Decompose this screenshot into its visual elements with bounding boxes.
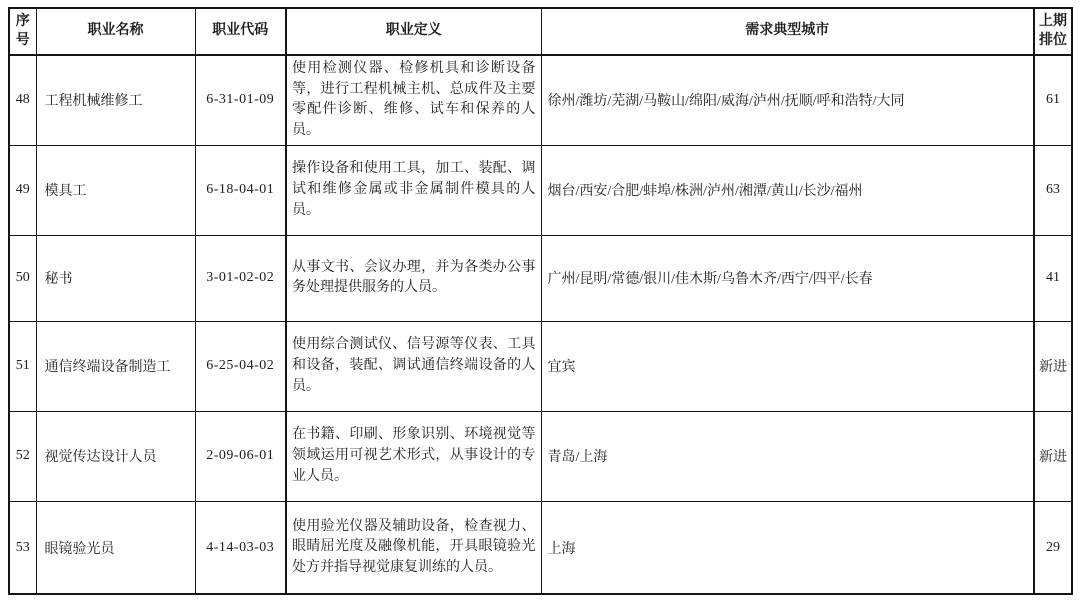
previous-rank-cell: 41 — [1034, 235, 1072, 321]
occupation-name-cell: 通信终端设备制造工 — [36, 321, 195, 411]
occupation-name-cell: 眼镜验光员 — [36, 501, 195, 594]
header-occupation-name: 职业名称 — [36, 8, 195, 55]
header-occupation-definition: 职业定义 — [286, 8, 541, 55]
serial-number-cell: 52 — [9, 411, 36, 501]
occupation-name-cell: 工程机械维修工 — [36, 55, 195, 145]
serial-number-cell: 48 — [9, 55, 36, 145]
occupation-definition-cell: 在书籍、印刷、形象识别、环境视觉等领域运用可视艺术形式，从事设计的专业人员。 — [286, 411, 541, 501]
typical-cities-cell: 上海 — [541, 501, 1034, 594]
occupation-code-cell: 3-01-02-02 — [195, 235, 286, 321]
occupation-definition-cell: 使用综合测试仪、信号源等仪表、工具和设备，装配、调试通信终端设备的人员。 — [286, 321, 541, 411]
table-row: 49 模具工 6-18-04-01 操作设备和使用工具，加工、装配、调试和维修金… — [9, 145, 1072, 235]
typical-cities-cell: 徐州/潍坊/芜湖/马鞍山/绵阳/威海/泸州/抚顺/呼和浩特/大同 — [541, 55, 1034, 145]
serial-number-cell: 53 — [9, 501, 36, 594]
table-row: 52 视觉传达设计人员 2-09-06-01 在书籍、印刷、形象识别、环境视觉等… — [9, 411, 1072, 501]
serial-number-cell: 49 — [9, 145, 36, 235]
occupation-name-cell: 视觉传达设计人员 — [36, 411, 195, 501]
occupation-name-cell: 模具工 — [36, 145, 195, 235]
previous-rank-cell: 63 — [1034, 145, 1072, 235]
previous-rank-cell: 29 — [1034, 501, 1072, 594]
header-previous-rank: 上期排位 — [1034, 8, 1072, 55]
typical-cities-cell: 宜宾 — [541, 321, 1034, 411]
typical-cities-cell: 广州/昆明/常德/银川/佳木斯/乌鲁木齐/西宁/四平/长春 — [541, 235, 1034, 321]
occupation-code-cell: 6-25-04-02 — [195, 321, 286, 411]
table-row: 48 工程机械维修工 6-31-01-09 使用检测仪器、检修机具和诊断设备等，… — [9, 55, 1072, 145]
occupation-code-cell: 6-18-04-01 — [195, 145, 286, 235]
occupation-ranking-table: 序号 职业名称 职业代码 职业定义 需求典型城市 上期排位 48 工程机械维修工… — [8, 7, 1073, 595]
occupation-definition-cell: 使用检测仪器、检修机具和诊断设备等，进行工程机械主机、总成件及主要零配件诊断、维… — [286, 55, 541, 145]
document-page: 序号 职业名称 职业代码 职业定义 需求典型城市 上期排位 48 工程机械维修工… — [0, 0, 1080, 600]
occupation-definition-cell: 操作设备和使用工具，加工、装配、调试和维修金属或非金属制件模具的人员。 — [286, 145, 541, 235]
header-serial-number: 序号 — [9, 8, 36, 55]
serial-number-cell: 50 — [9, 235, 36, 321]
table-row: 53 眼镜验光员 4-14-03-03 使用验光仪器及辅助设备，检查视力、眼睛屈… — [9, 501, 1072, 594]
table-header-row: 序号 职业名称 职业代码 职业定义 需求典型城市 上期排位 — [9, 8, 1072, 55]
typical-cities-cell: 烟台/西安/合肥/蚌埠/株洲/泸州/湘潭/黄山/长沙/福州 — [541, 145, 1034, 235]
previous-rank-cell: 新进 — [1034, 411, 1072, 501]
occupation-definition-cell: 使用验光仪器及辅助设备，检查视力、眼睛屈光度及融像机能，开具眼镜验光处方并指导视… — [286, 501, 541, 594]
table-row: 51 通信终端设备制造工 6-25-04-02 使用综合测试仪、信号源等仪表、工… — [9, 321, 1072, 411]
occupation-code-cell: 6-31-01-09 — [195, 55, 286, 145]
previous-rank-cell: 新进 — [1034, 321, 1072, 411]
previous-rank-cell: 61 — [1034, 55, 1072, 145]
table-row: 50 秘书 3-01-02-02 从事文书、会议办理，并为各类办公事务处理提供服… — [9, 235, 1072, 321]
occupation-code-cell: 4-14-03-03 — [195, 501, 286, 594]
header-typical-cities: 需求典型城市 — [541, 8, 1034, 55]
header-occupation-code: 职业代码 — [195, 8, 286, 55]
serial-number-cell: 51 — [9, 321, 36, 411]
occupation-code-cell: 2-09-06-01 — [195, 411, 286, 501]
occupation-definition-cell: 从事文书、会议办理，并为各类办公事务处理提供服务的人员。 — [286, 235, 541, 321]
typical-cities-cell: 青岛/上海 — [541, 411, 1034, 501]
occupation-name-cell: 秘书 — [36, 235, 195, 321]
